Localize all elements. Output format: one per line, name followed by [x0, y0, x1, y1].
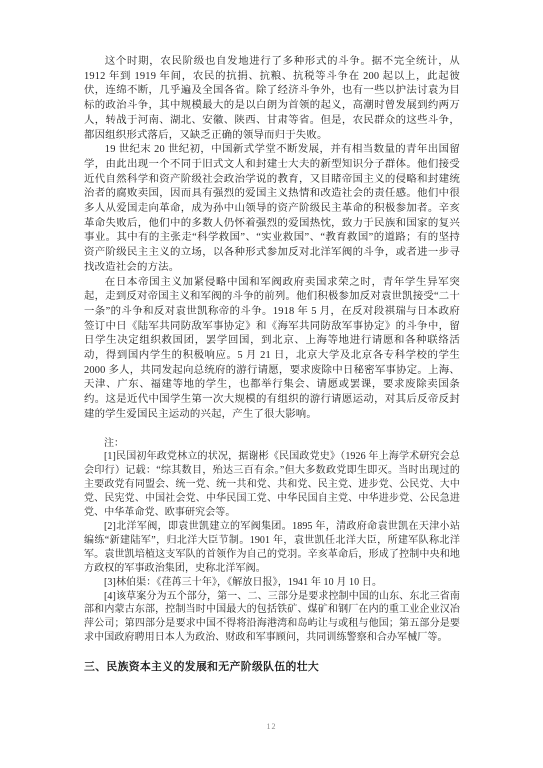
body-paragraph-2: 19 世纪末 20 世纪初，中国新式学堂不断发展，并有相当数量的青年出国留学，由… — [84, 143, 460, 275]
notes-label: 注： — [84, 437, 460, 451]
book-page: 这个时期，农民阶级也自发地进行了多种形式的斗争。据不完全统计，从 1912 年到… — [0, 0, 543, 768]
section-heading: 三、民族资本主义的发展和无产阶级队伍的壮大 — [84, 660, 460, 674]
note-item-3: [3]林伯渠：《荏苒三十年》，《解放日报》，1941 年 10 月 10 日。 — [84, 576, 460, 590]
body-paragraph-3: 在日本帝国主义加紧侵略中国和军阀政府卖国求荣之时，青年学生异军突起，走到反对帝国… — [84, 276, 460, 423]
page-number: 12 — [0, 722, 543, 731]
note-item-4: [4]该草案分为五个部分，第一、二、三部分是要求控制中国的山东、东北三省南部和内… — [84, 590, 460, 646]
footnotes-section: 注： [1]民国初年政党林立的状况，据谢彬《民国政党史》（1926 年上海学术研… — [84, 437, 460, 646]
note-item-2: [2]北洋军阀，即袁世凯建立的军阀集团。1895 年，清政府命袁世凯在天津小站编… — [84, 520, 460, 576]
page-content: 这个时期，农民阶级也自发地进行了多种形式的斗争。据不完全统计，从 1912 年到… — [84, 55, 460, 674]
body-paragraph-1: 这个时期，农民阶级也自发地进行了多种形式的斗争。据不完全统计，从 1912 年到… — [84, 55, 460, 143]
note-item-1: [1]民国初年政党林立的状况，据谢彬《民国政党史》（1926 年上海学术研究会总… — [84, 450, 460, 520]
